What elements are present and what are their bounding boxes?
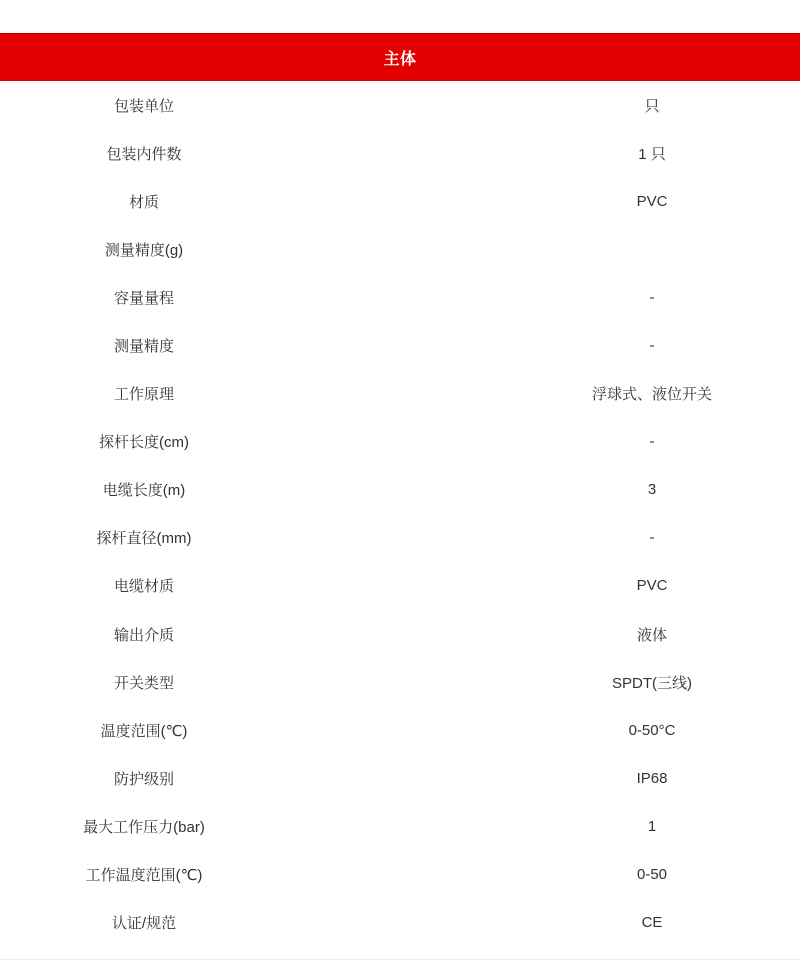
spec-label: 工作原理: [0, 383, 288, 404]
spec-value: -: [552, 433, 752, 450]
spec-row-working-temperature-range: 工作温度范围(℃) 0-50: [0, 851, 800, 899]
spec-label: 包装内件数: [0, 143, 288, 164]
spec-label: 测量精度(g): [0, 239, 288, 260]
bottom-divider: [0, 959, 800, 960]
spec-value: 只: [552, 95, 752, 116]
spec-value: PVC: [552, 193, 752, 210]
spec-value: 0-50: [552, 866, 752, 883]
spec-row-probe-length: 探杆长度(cm) -: [0, 418, 800, 466]
spec-row-probe-diameter: 探杆直径(mm) -: [0, 514, 800, 562]
spec-table: 主体 包装单位 只 包装内件数 1 只 材质 PVC 测量精度(g) 容量量程 …: [0, 33, 800, 947]
spec-value: 3: [552, 481, 752, 498]
spec-value: SPDT(三线): [552, 672, 752, 693]
spec-row-measure-precision: 测量精度 -: [0, 321, 800, 369]
spec-value: -: [552, 289, 752, 306]
spec-label: 包装单位: [0, 95, 288, 116]
spec-row-measure-precision-g: 测量精度(g): [0, 225, 800, 273]
spec-label: 认证/规范: [0, 912, 288, 933]
spec-label: 探杆长度(cm): [0, 431, 288, 452]
spec-label: 探杆直径(mm): [0, 527, 288, 548]
spec-label: 输出介质: [0, 624, 288, 645]
spec-value: 1: [552, 818, 752, 835]
section-title: 主体: [383, 46, 416, 69]
spec-value: -: [552, 337, 752, 354]
spec-value: 液体: [552, 624, 752, 645]
spec-label: 开关类型: [0, 672, 288, 693]
spec-label: 工作温度范围(℃): [0, 864, 288, 885]
section-header: 主体: [0, 33, 800, 81]
spec-row-output-medium: 输出介质 液体: [0, 610, 800, 658]
spec-row-package-quantity: 包装内件数 1 只: [0, 129, 800, 177]
spec-row-cable-length: 电缆长度(m) 3: [0, 466, 800, 514]
spec-row-working-principle: 工作原理 浮球式、液位开关: [0, 370, 800, 418]
spec-value: CE: [552, 914, 752, 931]
spec-value: PVC: [552, 577, 752, 594]
spec-row-packaging-unit: 包装单位 只: [0, 81, 800, 129]
spec-row-switch-type: 开关类型 SPDT(三线): [0, 658, 800, 706]
spec-value: IP68: [552, 770, 752, 787]
spec-row-capacity-range: 容量量程 -: [0, 273, 800, 321]
spec-row-cable-material: 电缆材质 PVC: [0, 562, 800, 610]
spec-value: -: [552, 529, 752, 546]
spec-value: 0-50°C: [552, 722, 752, 739]
spec-value: 1 只: [552, 143, 752, 164]
spec-row-protection-rating: 防护级别 IP68: [0, 754, 800, 802]
spec-list: 包装单位 只 包装内件数 1 只 材质 PVC 测量精度(g) 容量量程 - 测…: [0, 81, 800, 947]
spec-label: 容量量程: [0, 287, 288, 308]
spec-value: 浮球式、液位开关: [552, 383, 752, 404]
spec-label: 电缆长度(m): [0, 479, 288, 500]
spec-label: 材质: [0, 191, 288, 212]
spec-row-material: 材质 PVC: [0, 177, 800, 225]
spec-label: 防护级别: [0, 768, 288, 789]
spec-label: 测量精度: [0, 335, 288, 356]
spec-label: 最大工作压力(bar): [0, 816, 288, 837]
spec-label: 电缆材质: [0, 575, 288, 596]
spec-row-max-working-pressure: 最大工作压力(bar) 1: [0, 802, 800, 850]
spec-label: 温度范围(℃): [0, 720, 288, 741]
spec-row-temperature-range: 温度范围(℃) 0-50°C: [0, 706, 800, 754]
spec-row-certification: 认证/规范 CE: [0, 899, 800, 947]
